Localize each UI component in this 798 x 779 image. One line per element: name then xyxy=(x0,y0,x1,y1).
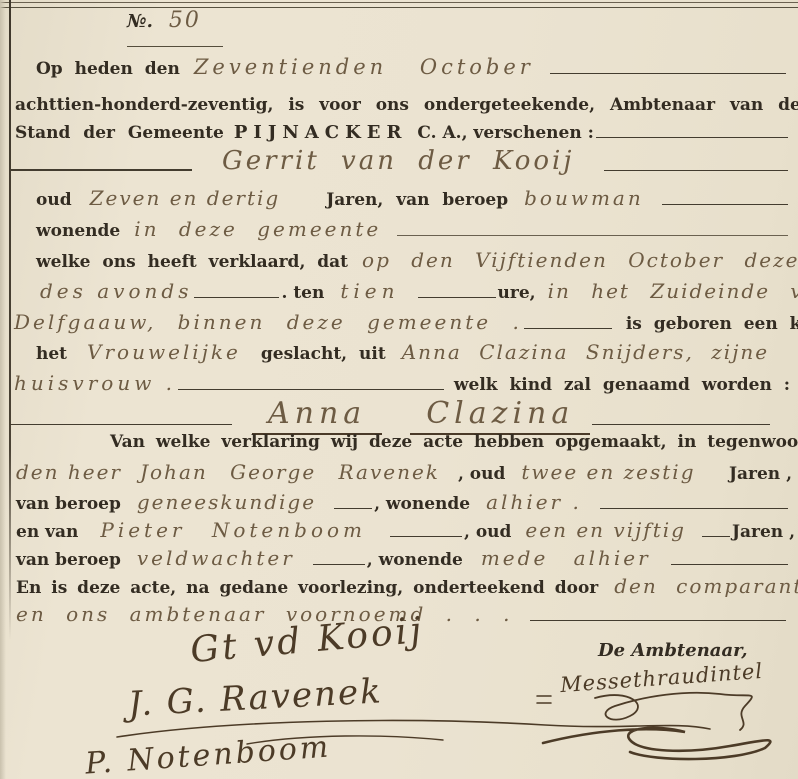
gemeente-line: Stand der Gemeente PIJNACKER C. A., vers… xyxy=(15,122,790,143)
handwritten-comparant-name: Gerrit van der Kooij xyxy=(222,146,574,176)
gender-mother-line: het Vrouwelijke geslacht, uit Anna Clazi… xyxy=(36,340,794,364)
printed-text: Stand der Gemeente xyxy=(15,123,224,143)
child-name-line: Anna Clazina xyxy=(8,396,772,430)
handwritten-age: Zeven en dertig xyxy=(90,186,281,210)
printed-text: is geboren een kind van xyxy=(626,314,798,334)
witness2-signature-flourish xyxy=(245,732,445,748)
handwritten-hour: tien xyxy=(340,279,399,303)
residence-line: wonende in deze gemeente xyxy=(36,217,790,241)
handwritten-child-second-name: Clazina xyxy=(410,396,590,435)
filler-line xyxy=(313,564,365,565)
printed-text: ure, xyxy=(498,283,536,303)
filler-line xyxy=(550,73,786,74)
ambtenaar-label: De Ambtenaar, xyxy=(598,640,748,661)
printed-text: van beroep xyxy=(16,550,121,570)
printed-text: Jaren , xyxy=(729,464,792,484)
printed-text: het xyxy=(36,344,67,364)
handwritten-birth-date: op den Vijftienden October dezes jaars xyxy=(362,248,798,272)
handwritten-occupation: bouwman xyxy=(524,186,644,210)
filler-line xyxy=(596,137,788,138)
printed-text: geslacht, uit xyxy=(261,344,386,364)
printed-text: , wonende xyxy=(374,494,470,514)
filler-line xyxy=(592,424,770,425)
printed-text: en van xyxy=(16,522,78,542)
age-occupation-line: oud Zeven en dertig Jaren, van beroep bo… xyxy=(36,186,790,210)
filler-line xyxy=(671,564,788,565)
witness2-occupation-line: van beroep veldwachter , wonende mede al… xyxy=(16,546,790,570)
handwritten-witness2-name: Pieter Notenboom xyxy=(100,518,366,542)
handwritten-witness2-residence: mede alhier xyxy=(481,546,651,570)
filler-line xyxy=(418,297,496,298)
handwritten-witness1-name: Johan George Ravenek xyxy=(140,460,440,484)
printed-text: Op heden den xyxy=(36,59,180,79)
filler-line xyxy=(178,389,444,390)
witness1-occupation-line: van beroep geneeskundige , wonende alhie… xyxy=(16,490,790,514)
top-border-line xyxy=(0,7,798,8)
handwritten-closing2: en ons ambtenaar voornoemd . . . xyxy=(16,602,512,626)
printed-text: C. A., verschenen : xyxy=(417,123,594,143)
filler-line xyxy=(390,536,462,537)
printed-text: , oud xyxy=(458,464,505,484)
printed-text: welk kind zal genaamd worden : xyxy=(454,375,790,395)
handwritten-birth-place-part2: Delfgaauw, binnen deze gemeente . xyxy=(14,310,522,334)
printed-text: , wonende xyxy=(367,550,463,570)
filler-line xyxy=(530,620,786,621)
handwritten-time-of-day: des avonds xyxy=(40,279,192,303)
page-edge-shading xyxy=(0,0,6,779)
printed-text: wonende xyxy=(36,221,120,241)
printed-text: van beroep xyxy=(16,494,121,514)
closing-line: En is deze acte, na gedane voorlezing, o… xyxy=(16,574,794,598)
handwritten-closing: den comparant, de getuigen xyxy=(614,574,798,598)
year-line: achttien-honderd-zeventig, is voor ons o… xyxy=(15,95,786,115)
handwritten-witness1-intro: den heer xyxy=(16,460,122,484)
printed-text: . ten xyxy=(281,283,324,303)
handwritten-gender: Vrouwelijke xyxy=(87,340,241,364)
printed-text: Van welke verklaring wij deze acte hebbe… xyxy=(110,432,798,452)
witness1-line: den heer Johan George Ravenek , oud twee… xyxy=(16,460,792,484)
gemeente-name: PIJNACKER xyxy=(234,122,408,143)
filler-line xyxy=(662,204,788,205)
act-number-value: 50 xyxy=(169,8,201,33)
handwritten-residence: in deze gemeente xyxy=(134,217,381,241)
filler-line xyxy=(10,424,232,425)
left-border-line xyxy=(9,0,11,640)
filler-line xyxy=(600,508,788,509)
printed-text: Jaren , xyxy=(732,522,795,542)
printed-text: achttien-honderd-zeventig, is voor ons o… xyxy=(15,95,798,115)
handwritten-witness2-age: een en vijftig xyxy=(525,518,686,542)
handwritten-witness2-occupation: veldwachter xyxy=(137,546,295,570)
declaration-date-line: welke ons heeft verklaard, dat op den Vi… xyxy=(36,248,792,272)
printed-text: En is deze acte, na gedane voorlezing, o… xyxy=(16,578,598,598)
birth-place-line: Delfgaauw, binnen deze gemeente . is geb… xyxy=(14,310,790,334)
handwritten-witness1-occupation: geneeskundige xyxy=(137,490,316,514)
filler-line xyxy=(334,508,372,509)
printed-text: oud xyxy=(36,190,72,210)
handwritten-child-first-name: Anna xyxy=(252,396,382,435)
act-number-label: №. xyxy=(127,11,153,32)
printed-text: Jaren, van beroep xyxy=(326,190,508,210)
witness2-line: en van Pieter Notenboom , oud een en vij… xyxy=(16,518,790,542)
witness-intro-line: Van welke verklaring wij deze acte hebbe… xyxy=(110,432,784,452)
filler-line xyxy=(604,170,788,171)
filler-line xyxy=(397,235,788,236)
act-number-underline xyxy=(127,46,223,47)
handwritten-mother-relation: huisvrouw . xyxy=(14,371,176,395)
handwritten-witness1-age: twee en zestig xyxy=(521,460,695,484)
handwritten-act-date: Zeventienden October xyxy=(194,55,534,79)
printed-text: welke ons heeft verklaard, dat xyxy=(36,252,348,272)
mother-relation-line: huisvrouw . welk kind zal genaamd worden… xyxy=(14,371,790,395)
printed-text: , oud xyxy=(464,522,511,542)
handwritten-birth-place-part1: in het Zuideinde van xyxy=(548,279,798,303)
filler-line xyxy=(194,297,279,298)
act-number-row: №. 50 xyxy=(127,8,201,33)
handwritten-mother-name: Anna Clazina Snijders, zijne xyxy=(402,340,769,364)
handwritten-witness1-residence: alhier . xyxy=(486,490,582,514)
filler-line xyxy=(702,536,730,537)
birth-certificate-document: №. 50 Op heden den Zeventienden October … xyxy=(0,0,798,779)
filler-line xyxy=(524,328,612,329)
filler-line xyxy=(10,169,192,171)
top-border-line xyxy=(0,2,798,3)
birth-time-line: des avonds . ten tien ure, in het Zuidei… xyxy=(40,279,792,303)
date-line: Op heden den Zeventienden October xyxy=(36,55,788,79)
comparant-name-line: Gerrit van der Kooij xyxy=(8,146,790,176)
